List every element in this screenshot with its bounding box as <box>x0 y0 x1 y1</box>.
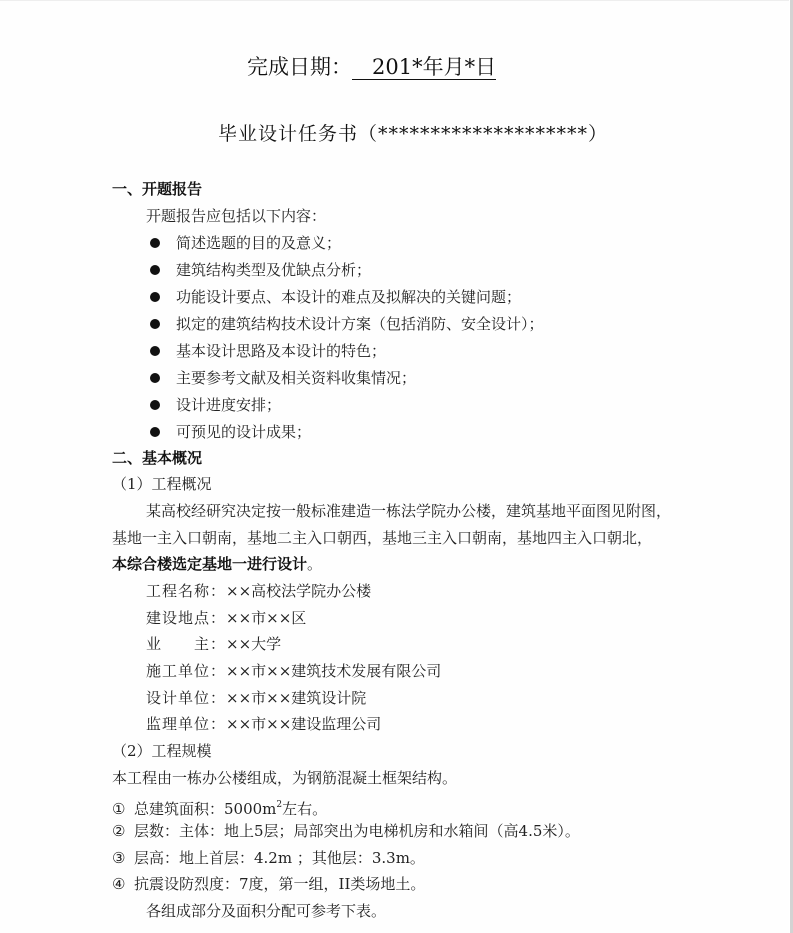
bullet-icon <box>150 373 160 383</box>
overview-paragraph-line: 基地一主入口朝南，基地二主入口朝西，基地三主入口朝南，基地四主入口朝北， <box>112 528 652 548</box>
bullet-icon <box>150 400 160 410</box>
section-heading-overview: 二、基本概况 <box>112 448 202 468</box>
overview-paragraph-line: 本综合楼选定基地一进行设计。 <box>112 554 322 574</box>
bullet-icon <box>150 427 160 437</box>
bullet-icon <box>150 292 160 302</box>
overview-paragraph-line: 某高校经研究决定按一般标准建造一栋法学院办公楼，建筑基地平面图见附图， <box>146 501 671 521</box>
date-label: 完成日期： <box>247 55 352 79</box>
completion-date: 完成日期：201*年月*日 <box>247 53 496 81</box>
scale-item-floors: ②层数：主体：地上5层；局部突出为电梯机房和水箱间（高4.5米）。 <box>112 821 580 841</box>
bullet-icon <box>150 346 160 356</box>
subsection-heading-project-overview: （1）工程概况 <box>112 474 212 494</box>
field-location: 建设地点：××市××区 <box>146 608 306 628</box>
bullet-item: 基本设计思路及本设计的特色； <box>150 341 386 361</box>
bullet-item: 可预见的设计成果； <box>150 422 311 442</box>
bullet-item: 主要参考文献及相关资料收集情况； <box>150 368 416 388</box>
document-page: 完成日期：201*年月*日 毕业设计任务书（******************… <box>0 0 789 933</box>
bullet-item: 功能设计要点、本设计的难点及拟解决的关键问题； <box>150 287 521 307</box>
field-design-unit: 设计单位：××市××建筑设计院 <box>146 688 366 708</box>
scale-intro: 本工程由一栋办公楼组成，为钢筋混凝土框架结构。 <box>112 768 457 788</box>
bullet-icon <box>150 238 160 248</box>
subsection-heading-project-scale: （2）工程规模 <box>112 741 212 761</box>
section-heading-proposal: 一、开题报告 <box>112 179 202 199</box>
field-project-name: 工程名称：××高校法学院办公楼 <box>146 581 371 601</box>
field-contractor: 施工单位：××市××建筑技术发展有限公司 <box>146 661 441 681</box>
field-owner: 业 主：××大学 <box>146 634 281 654</box>
bullet-item: 拟定的建筑结构技术设计方案（包括消防、安全设计）； <box>150 314 544 334</box>
document-title: 毕业设计任务书（********************） <box>218 121 608 147</box>
scale-item-area: ①总建筑面积：5000m2左右。 <box>112 795 327 819</box>
bullet-item: 建筑结构类型及优缺点分析； <box>150 260 371 280</box>
date-value: 201*年月*日 <box>352 55 496 80</box>
scale-item-storey-height: ③层高：地上首层：4.2m ；其他层：3.3m。 <box>112 848 425 868</box>
bullet-item: 设计进度安排； <box>150 395 281 415</box>
bullet-item: 简述选题的目的及意义； <box>150 233 341 253</box>
bullet-icon <box>150 319 160 329</box>
proposal-intro: 开题报告应包括以下内容： <box>146 206 326 226</box>
bullet-icon <box>150 265 160 275</box>
scale-closing: 各组成部分及面积分配可参考下表。 <box>146 901 386 921</box>
scale-item-seismic: ④抗震设防烈度：7度，第一组，II类场地土。 <box>112 874 425 894</box>
field-supervision-unit: 监理单位：××市××建设监理公司 <box>146 714 381 734</box>
